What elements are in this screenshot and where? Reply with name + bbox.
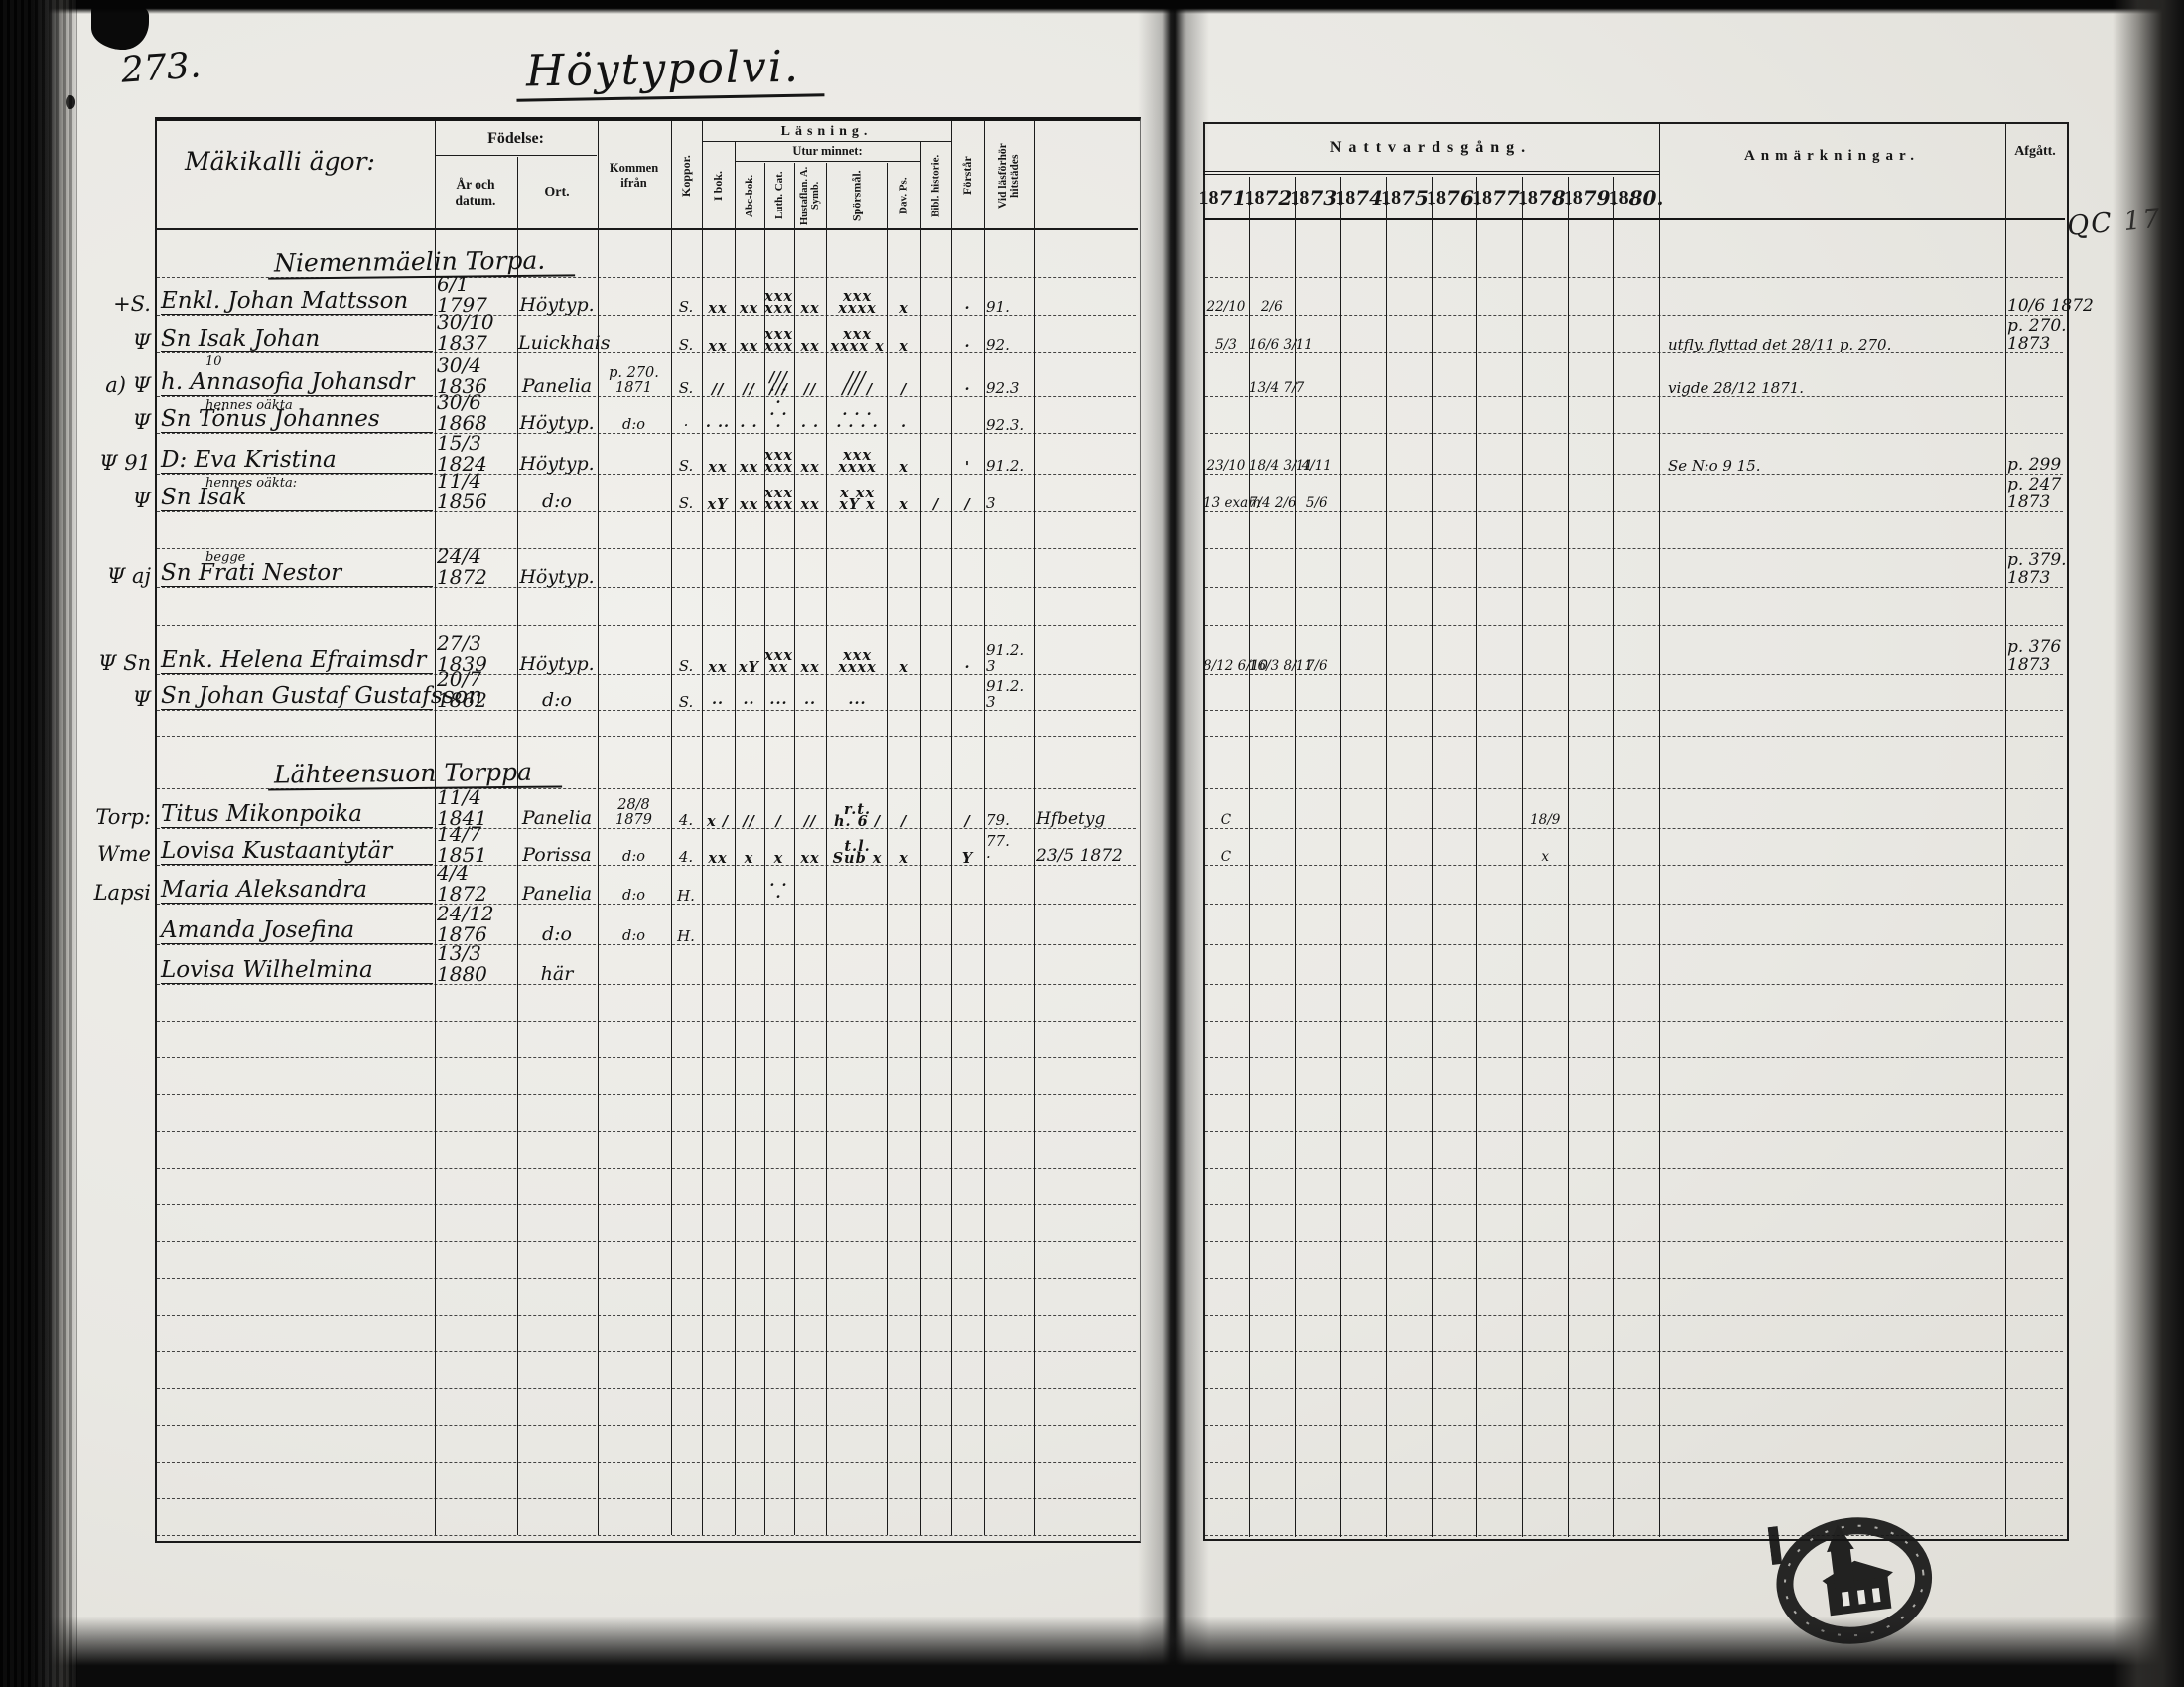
communion-date: 8/12 6/10 <box>1203 660 1249 674</box>
birth-place: här <box>518 965 596 984</box>
exam-number: 91. <box>986 300 1032 315</box>
header-abc-bok: Abc-bok. <box>737 164 762 227</box>
year-header: 1877. <box>1476 177 1522 218</box>
reading-marks: / <box>888 816 920 828</box>
understands-mark: · <box>952 662 983 674</box>
exam-number: 92.3 <box>986 381 1032 396</box>
smallpox-mark: S. <box>671 381 701 396</box>
remark: vigde 28/12 1871. <box>1668 381 1995 396</box>
header-koppor: Koppor. <box>673 125 700 226</box>
exam-number: 79. <box>986 813 1032 828</box>
birth-place: Höytyp. <box>518 455 596 474</box>
trailing-note: 23/5 1872 <box>1036 848 1138 865</box>
header-luth-cat: Luth. Cat. <box>766 164 792 227</box>
reading-marks: xx <box>735 462 763 474</box>
header-nattvardsgang: Nattvardsgång. <box>1203 131 1659 165</box>
reading-marks: x <box>888 462 920 474</box>
communion-date: 13 exam <box>1203 497 1249 511</box>
table-row: +S.Enkl. Johan Mattsson6/1 1797Höytyp.S.… <box>0 278 2184 316</box>
header-utur-minnet: Utur minnet: <box>735 142 920 162</box>
reading-marks: // <box>794 384 826 396</box>
smallpox-mark: H. <box>671 889 701 904</box>
page-title: Höytypolvi. <box>516 41 825 101</box>
reading-marks: x <box>888 341 920 352</box>
birth-place: d:o <box>518 492 596 511</box>
header-fodelse: Födelse: <box>435 123 597 156</box>
reading-marks: xx <box>735 499 763 511</box>
header-vid-lasforhor: Vid läsförhör hitstädes <box>986 125 1031 226</box>
departed-note: 10/6 1872 <box>2007 298 2107 315</box>
table-row <box>0 1389 2184 1426</box>
birth-place: Höytyp. <box>518 414 596 433</box>
year-double-rule <box>1203 171 1659 175</box>
reading-marks: xxx xxxx <box>827 450 887 474</box>
scan-edge-right <box>2113 0 2184 1687</box>
person-name: Sn Frati Nestorbegge <box>161 562 433 587</box>
birth-place: d:o <box>518 691 596 710</box>
birth-date: 14/7 1851 <box>437 824 514 865</box>
table-row: ΨSn Johan Gustaf Gustafsson20/7 1862d:oS… <box>0 675 2184 711</box>
smallpox-mark: 4. <box>671 813 701 828</box>
table-row <box>0 1426 2184 1463</box>
reading-marks: ··· <box>827 698 887 710</box>
reading-marks: xxx xx <box>764 650 793 674</box>
person-name-text: Lovisa Wilhelmina <box>161 959 433 984</box>
smallpox-mark: S. <box>671 300 701 315</box>
scan-edge-bottom <box>0 1617 2184 1687</box>
note-above-name: begge <box>205 551 245 564</box>
exam-number: 91.2. 3 <box>986 643 1032 674</box>
table-row <box>0 1169 2184 1205</box>
table-row <box>0 1316 2184 1352</box>
table-row <box>0 1279 2184 1316</box>
table-row: ΨSn Isak Johan30/10 1837LuickhaisS.xxxxx… <box>0 316 2184 353</box>
reading-marks: xx <box>794 853 826 865</box>
smallpox-mark: S. <box>671 338 701 352</box>
year-printed-prefix: 18 <box>1335 187 1355 210</box>
reading-marks: xxx xxx <box>764 329 793 352</box>
person-name-text: Maria Aleksandra <box>161 879 433 904</box>
person-name: Titus Mikonpoika <box>161 803 433 828</box>
communion-date: 16/3 8/11 <box>1249 660 1295 674</box>
communion-date: 16/6 3/11 <box>1249 339 1295 352</box>
table-row: Lovisa Wilhelmina13/3 1880här <box>0 945 2184 985</box>
birth-date: 24/4 1872 <box>437 546 514 587</box>
header-ar-datum: År och datum. <box>437 157 514 228</box>
birth-place: d:o <box>518 925 596 944</box>
right-ruled-line <box>1205 1535 2063 1536</box>
reading-marks: · · <box>794 421 826 433</box>
table-row <box>0 1352 2184 1389</box>
header-lasning: Läsning. <box>702 123 951 142</box>
year-header: 1876. <box>1432 177 1477 218</box>
table-row: Ψ 91D: Eva Kristina15/3 1824Höytyp.S.xxx… <box>0 434 2184 475</box>
reading-marks: xx <box>794 662 826 674</box>
table-row <box>0 985 2184 1022</box>
scanned-ledger-page: 273. Höytypolvi. Mäkikalli ägor: Födelse… <box>0 0 2184 1687</box>
exam-number: 91.2. <box>986 459 1032 474</box>
page-number: 273. <box>120 45 203 90</box>
header-ort: Ort. <box>519 157 595 228</box>
table-row <box>0 1022 2184 1058</box>
communion-date: 7/6 <box>1295 660 1340 674</box>
person-name-text: Sn Isak Johan <box>161 328 433 352</box>
person-name-text: Enkl. Johan Mattsson <box>161 290 433 315</box>
birth-place: Höytyp. <box>518 296 596 315</box>
reading-marks: xxx xxx <box>764 488 793 511</box>
left-ruled-line <box>157 1535 1136 1536</box>
exam-number: 77. · <box>986 834 1032 865</box>
note-above-name: hennes oäkta <box>205 399 293 412</box>
come-from: d:o <box>599 418 669 433</box>
birth-date: 6/1 1797 <box>437 274 514 315</box>
birth-place: Höytyp. <box>518 568 596 587</box>
birth-date: 15/3 1824 <box>437 433 514 474</box>
person-name-text: Titus Mikonpoika <box>161 803 433 828</box>
understands-mark: Y <box>952 853 983 865</box>
header-afgatt: Afgått. <box>2005 135 2065 169</box>
reading-marks: // <box>702 384 734 396</box>
person-name: Enkl. Johan Mattsson <box>161 290 433 315</box>
exam-number: 3 <box>986 496 1032 511</box>
section-heading-text: Lähteensuon Torppa <box>268 759 562 790</box>
person-name-text: Enk. Helena Efraimsdr <box>161 649 433 674</box>
note-above-name: hennes oäkta: <box>205 477 297 490</box>
smallpox-mark: · <box>671 418 701 433</box>
reading-marks: ·· <box>702 698 734 710</box>
reading-marks: xx <box>702 853 734 865</box>
table-row: Torp:Titus Mikonpoika11/4 1841Panelia28/… <box>0 789 2184 829</box>
birth-date: 11/4 1856 <box>437 471 514 511</box>
smallpox-mark: S. <box>671 496 701 511</box>
understands-mark: · <box>952 303 983 315</box>
table-row <box>0 711 2184 737</box>
year-printed-prefix: 18 <box>1518 187 1538 210</box>
exam-number: 92. <box>986 338 1032 352</box>
communion-date: 18/4 3/11 <box>1249 460 1295 474</box>
reading-marks: x <box>764 853 793 865</box>
reading-marks: ·· <box>794 698 826 710</box>
understands-mark: · <box>952 341 983 352</box>
person-name: Sn Johan Gustaf Gustafsson <box>161 685 433 710</box>
reading-marks: // <box>735 816 763 828</box>
section-heading-text: Niemenmäelin Torpa. <box>268 247 576 279</box>
year-printed-prefix: 18 <box>1564 187 1583 210</box>
year-header: 1879. <box>1568 177 1613 218</box>
reading-marks: ··· <box>764 698 793 710</box>
understands-mark: / <box>952 499 983 511</box>
table-row <box>0 1463 2184 1499</box>
year-header: 1880. <box>1613 177 1659 218</box>
reading-marks: /// /// / <box>827 372 887 396</box>
year-printed-prefix: 18 <box>1609 187 1629 210</box>
header-hustaflan: Hustaflan. A. Symb. <box>796 164 824 227</box>
table-row <box>0 512 2184 549</box>
reading-marks: xx <box>794 462 826 474</box>
departed-note: p. 379. 1873 <box>2007 552 2107 587</box>
reading-marks: xx <box>702 303 734 315</box>
person-name: Maria Aleksandra <box>161 879 433 904</box>
left-header-rule <box>155 228 1138 230</box>
person-name-text: D: Eva Kristina <box>161 449 433 474</box>
reading-marks: xx <box>794 499 826 511</box>
reading-marks: · <box>888 421 920 433</box>
reading-marks: xxx xxxx <box>827 650 887 674</box>
table-row <box>0 1058 2184 1095</box>
departed-note: p. 270. 1873 <box>2007 318 2107 352</box>
year-printed-prefix: 18 <box>1199 187 1219 210</box>
reading-marks: · · · <box>764 880 793 904</box>
reading-marks: xxx xxxx x <box>827 329 887 352</box>
reading-marks: / <box>888 384 920 396</box>
section-row: Niemenmäelin Torpa. <box>0 238 2184 278</box>
come-from: d:o <box>599 889 669 904</box>
year-header: 1871. <box>1203 177 1249 218</box>
smallpox-mark: S. <box>671 695 701 710</box>
smallpox-mark: H. <box>671 929 701 944</box>
header-forstar: Förstår <box>953 125 982 226</box>
reading-marks: xx <box>735 341 763 352</box>
table-row: LapsiMaria Aleksandra4/4 1872Paneliad:oH… <box>0 866 2184 905</box>
birth-place: Luickhais <box>518 334 596 352</box>
reading-marks: xx <box>702 462 734 474</box>
year-printed-prefix: 18 <box>1381 187 1401 210</box>
come-from: d:o <box>599 929 669 944</box>
person-name: Sn Tönus Johanneshennes oäkta <box>161 408 433 433</box>
reading-marks: xx <box>702 662 734 674</box>
owners-header: Mäkikalli ägor: <box>185 139 433 183</box>
reading-marks: // <box>794 816 826 828</box>
birth-place: Panelia <box>518 377 596 396</box>
year-header: 1878. <box>1522 177 1568 218</box>
communion-date: C <box>1203 851 1249 865</box>
birth-date: 13/3 1880 <box>437 943 514 984</box>
birth-place: Panelia <box>518 885 596 904</box>
header-bibl-historie: Bibl. historie. <box>922 144 949 227</box>
communion-date: C <box>1203 814 1249 828</box>
person-name: Lovisa Wilhelmina <box>161 959 433 984</box>
communion-date: x <box>1522 851 1568 865</box>
person-name-text: Sn Isak <box>161 487 433 511</box>
reading-marks: · · <box>735 421 763 433</box>
reading-marks: · · · · · · <box>764 385 793 433</box>
birth-date: 20/7 1862 <box>437 669 514 710</box>
right-header-rule <box>1203 218 2065 220</box>
header-dav-ps: Dav. Ps. <box>889 164 918 227</box>
communion-date: 13/4 7/7 <box>1249 382 1295 396</box>
header-i-bok: I bok. <box>704 144 733 227</box>
birth-place: Porissa <box>518 846 596 865</box>
reading-marks: xxx xxx <box>764 291 793 315</box>
smallpox-mark: S. <box>671 459 701 474</box>
scan-edge-top <box>0 0 2184 14</box>
birth-place: Höytyp. <box>518 655 596 674</box>
year-header: 1872. <box>1249 177 1295 218</box>
exam-number: 92.3. <box>986 418 1032 433</box>
person-name-text: h. Annasofia Johansdr <box>161 371 433 396</box>
person-name: Amanda Josefina <box>161 919 433 944</box>
table-row: Ψ SnEnk. Helena Efraimsdr27/3 1839Höytyp… <box>0 626 2184 675</box>
reading-marks: · ·· <box>702 421 734 433</box>
come-from: p. 270. 1871 <box>599 366 669 396</box>
birth-date: 30/10 1837 <box>437 312 514 352</box>
communion-date: 23/10 <box>1203 460 1249 474</box>
reading-marks: x <box>888 499 920 511</box>
reading-marks: xY <box>702 499 734 511</box>
person-name-text: Lovisa Kustaantytär <box>161 840 433 865</box>
table-row <box>0 1205 2184 1242</box>
section-row: Lähteensuon Torppa <box>0 737 2184 789</box>
reading-marks: x <box>735 853 763 865</box>
reading-marks: / <box>764 816 793 828</box>
section-heading: Lähteensuon Torppa <box>268 761 864 789</box>
birth-date: 30/6 1868 <box>437 392 514 433</box>
table-row: WmeLovisa Kustaantytär14/7 1851Porissad:… <box>0 829 2184 866</box>
communion-date: 22/10 <box>1203 301 1249 315</box>
reading-marks: / <box>921 499 951 511</box>
person-name: Sn Isakhennes oäkta: <box>161 487 433 511</box>
reading-marks: x <box>888 662 920 674</box>
communion-date: 5/6 <box>1295 497 1340 511</box>
year-printed-prefix: 18 <box>1472 187 1492 210</box>
reading-marks: xx <box>794 303 826 315</box>
year-header: 1874. <box>1340 177 1386 218</box>
come-from: d:o <box>599 850 669 865</box>
birth-date: 4/4 1872 <box>437 863 514 904</box>
reading-marks: xx <box>702 341 734 352</box>
note-above-name: 10 <box>205 355 222 368</box>
year-header: 1875. <box>1386 177 1432 218</box>
table-row <box>0 1095 2184 1132</box>
header-anmarkningar: Anmärkningar. <box>1659 139 2005 173</box>
trailing-note: Hfbetyg <box>1036 811 1138 828</box>
year-header: 1873. <box>1295 177 1340 218</box>
header-sporsmal: Spörsmål. <box>828 164 886 227</box>
understands-mark: · <box>952 384 983 396</box>
smallpox-mark: S. <box>671 659 701 674</box>
person-name-text: Sn Johan Gustaf Gustafsson <box>161 685 433 710</box>
remark: utfly. flyttad det 28/11 p. 270. <box>1668 338 1995 352</box>
exam-number: 91.2. 3 <box>986 679 1032 710</box>
reading-marks: xx <box>735 303 763 315</box>
table-row: a) Ψh. Annasofia Johansdr1030/4 1836Pane… <box>0 353 2184 397</box>
table-row: Ψ ajSn Frati Nestorbegge24/4 1872Höytyp.… <box>0 549 2184 588</box>
reading-marks: xxx xxxx <box>827 291 887 315</box>
reading-marks: xx <box>794 341 826 352</box>
reading-marks: xxx xxx <box>764 450 793 474</box>
person-name-text: Amanda Josefina <box>161 919 433 944</box>
person-name-text: Sn Frati Nestor <box>161 562 433 587</box>
birth-place: Panelia <box>518 809 596 828</box>
table-row: Amanda Josefina24/12 1876d:od:oH. <box>0 905 2184 945</box>
communion-date: 7/4 2/6 <box>1249 497 1295 511</box>
communion-date: 4/11 <box>1295 460 1340 474</box>
reading-marks: x <box>888 853 920 865</box>
come-from: 28/8 1879 <box>599 798 669 828</box>
year-printed-prefix: 18 <box>1244 187 1264 210</box>
departed-note: p. 299 <box>2007 457 2107 474</box>
reading-marks: // <box>735 384 763 396</box>
departed-note: p. 376 1873 <box>2007 639 2107 674</box>
reading-marks: xY <box>735 662 763 674</box>
section-heading: Niemenmäelin Torpa. <box>268 249 864 278</box>
reading-marks: r.t. h. 6 / <box>827 804 887 828</box>
year-printed-prefix: 18 <box>1427 187 1446 210</box>
table-row <box>0 1132 2184 1169</box>
person-name: D: Eva Kristina <box>161 449 433 474</box>
communion-date: 5/3 <box>1203 339 1249 352</box>
reading-marks: t.l. Sub x <box>827 841 887 865</box>
communion-date: 2/6 <box>1249 301 1295 315</box>
table-row: ΨSn Isakhennes oäkta:11/4 1856d:oS.xYxxx… <box>0 475 2184 512</box>
person-name: Sn Isak Johan <box>161 328 433 352</box>
table-row <box>0 588 2184 626</box>
reading-marks: x <box>888 303 920 315</box>
year-printed-prefix: 18 <box>1290 187 1309 210</box>
person-name: h. Annasofia Johansdr10 <box>161 371 433 396</box>
understands-mark: / <box>952 816 983 828</box>
person-name: Enk. Helena Efraimsdr <box>161 649 433 674</box>
smallpox-mark: 4. <box>671 850 701 865</box>
departed-note: p. 247 1873 <box>2007 477 2107 511</box>
reading-marks: x xx xY x <box>827 488 887 511</box>
reading-marks: · · · · · · · <box>827 409 887 433</box>
reading-marks: ·· <box>735 698 763 710</box>
reading-marks: x / <box>702 816 734 828</box>
birth-date: 24/12 1876 <box>437 904 514 944</box>
table-row: ΨSn Tönus Johanneshennes oäkta30/6 1868H… <box>0 397 2184 434</box>
understands-mark: ' <box>952 462 983 474</box>
remark: Se N:o 9 15. <box>1668 459 1995 474</box>
header-kommen-ifran: Kommen ifrån <box>599 123 669 228</box>
table-row <box>0 1242 2184 1279</box>
person-name-text: Sn Tönus Johannes <box>161 408 433 433</box>
communion-date: 18/9 <box>1522 814 1568 828</box>
scan-edge-left <box>0 0 77 1687</box>
person-name: Lovisa Kustaantytär <box>161 840 433 865</box>
